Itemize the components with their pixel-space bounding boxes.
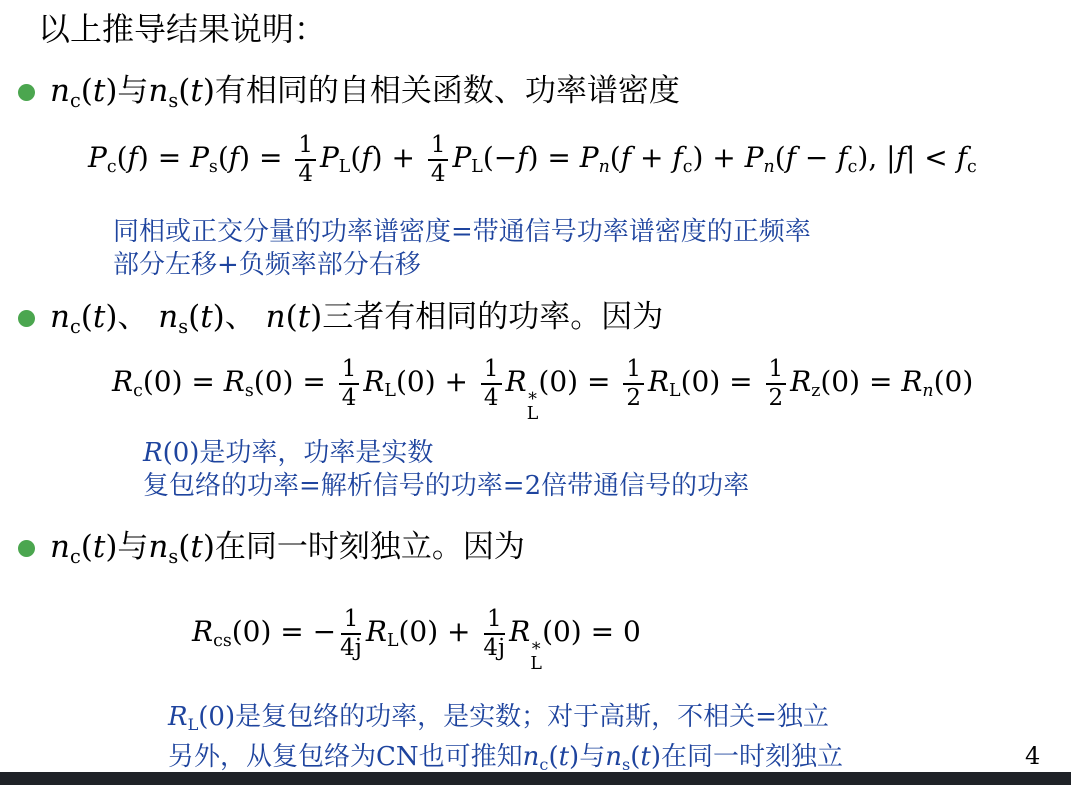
note-independence: RL(0)是复包络的功率，是实数；对于高斯，不相关=独立 另外，从复包络为CN也… xyxy=(168,701,843,781)
footer-bar xyxy=(0,772,1071,785)
bullet-item-power: nc(t)、 ns(t)、 n(t)三者有相同的功率。因为 xyxy=(18,296,663,348)
note-line: 复包络的功率=解析信号的功率=2倍带通信号的功率 xyxy=(143,470,749,503)
formula-power: Rc(0) = Rs(0) = 14RL(0) + 14R∗L(0) = 12R… xyxy=(112,349,973,424)
bullet-heading-power: nc(t)、 ns(t)、 n(t)三者有相同的功率。因为 xyxy=(50,296,663,348)
bullet-icon xyxy=(18,540,35,557)
page-title: 以上推导结果说明： xyxy=(38,8,326,50)
bullet-icon xyxy=(18,310,35,327)
page-number: 4 xyxy=(1025,742,1040,770)
bullet-icon xyxy=(18,84,35,101)
note-line: 同相或正交分量的功率谱密度=带通信号功率谱密度的正频率 xyxy=(113,216,811,249)
bullet-heading-psd: nc(t)与ns(t)有相同的自相关函数、功率谱密度 xyxy=(50,70,680,122)
note-line: RL(0)是复包络的功率，是实数；对于高斯，不相关=独立 xyxy=(168,701,843,741)
bullet-item-independence: nc(t)与ns(t)在同一时刻独立。因为 xyxy=(18,526,525,578)
formula-crosscorrelation: Rcs(0) = −14jRL(0) + 14jR∗L(0) = 0 xyxy=(192,599,641,674)
bullet-heading-independence: nc(t)与ns(t)在同一时刻独立。因为 xyxy=(50,526,525,578)
note-psd: 同相或正交分量的功率谱密度=带通信号功率谱密度的正频率 部分左移+负频率部分右移 xyxy=(113,216,811,282)
formula-psd: Pc(f) = Ps(f) = 14PL(f) + 14PL(−f) = Pn(… xyxy=(88,125,977,200)
note-line: R(0)是功率，功率是实数 xyxy=(143,437,749,470)
slide: 以上推导结果说明： nc(t)与ns(t)有相同的自相关函数、功率谱密度 Pc(… xyxy=(0,0,1071,785)
note-line: 部分左移+负频率部分右移 xyxy=(113,249,811,282)
note-power: R(0)是功率，功率是实数 复包络的功率=解析信号的功率=2倍带通信号的功率 xyxy=(143,437,749,503)
bullet-item-psd: nc(t)与ns(t)有相同的自相关函数、功率谱密度 xyxy=(18,70,680,122)
